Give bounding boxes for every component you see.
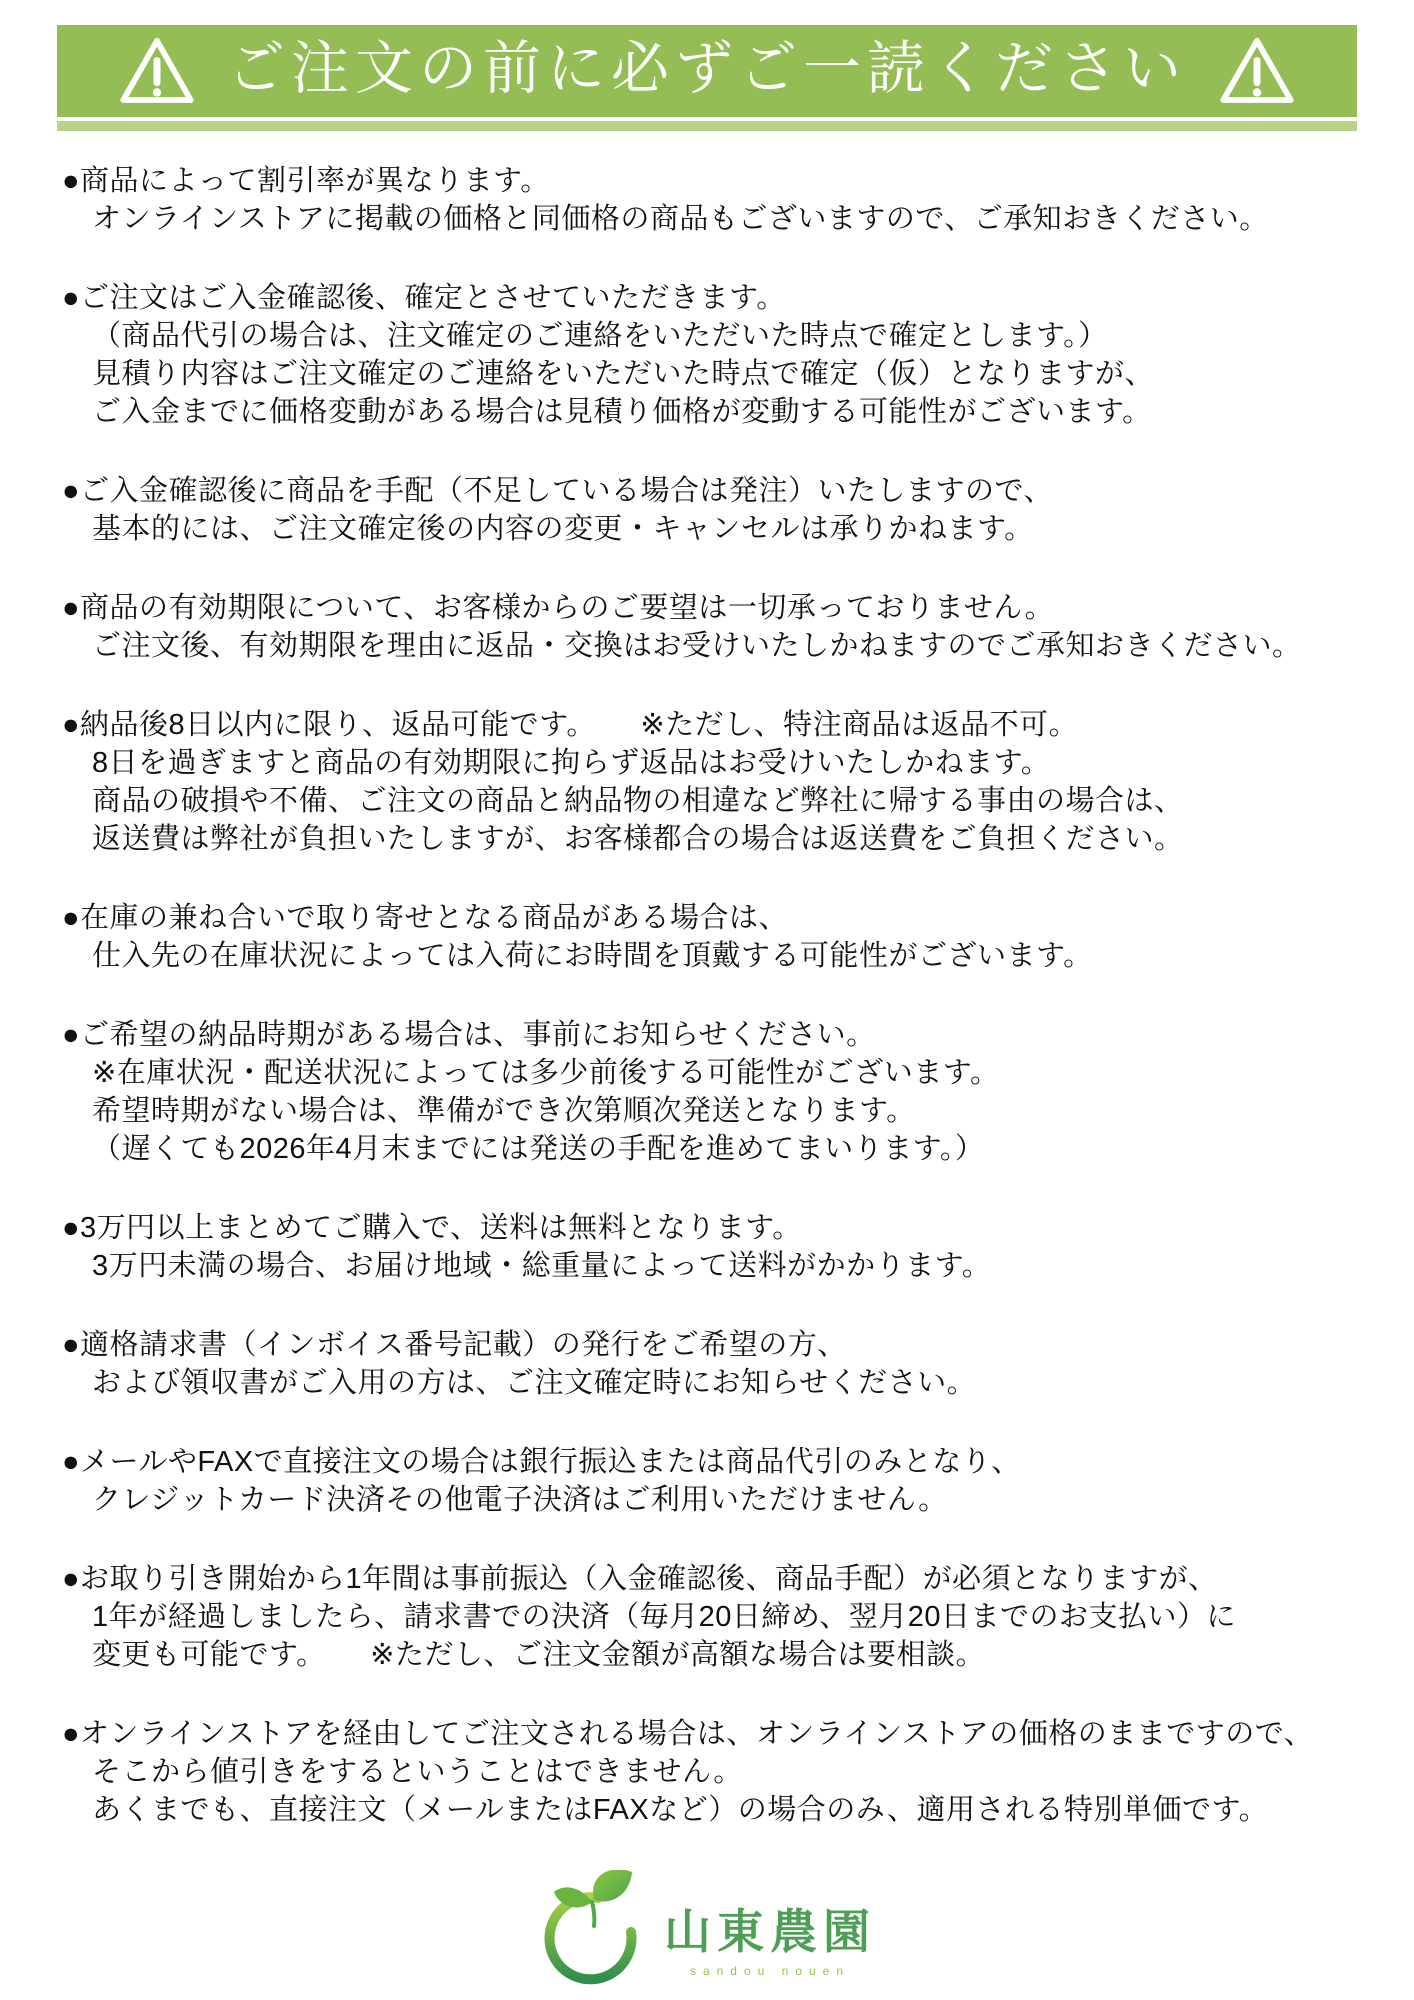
notes-list: ●商品によって割引率が異なります。オンラインストアに掲載の価格と同価格の商品もご… [62, 162, 1394, 1829]
logo-subtext: sandou nouen [690, 1964, 850, 1978]
page: ご注文の前に必ずご一読ください ●商品によって割引率が異なります。オンラインスト… [0, 25, 1414, 1988]
note-line: 見積り内容はご注文確定のご連絡をいただいた時点で確定（仮）となりますが、 [62, 355, 1394, 393]
note-line: 返送費は弊社が負担いたしますが、お客様都合の場合は返送費をご負担ください。 [62, 820, 1394, 858]
note-item: ●商品の有効期限について、お客様からのご要望は一切承っておりません。ご注文後、有… [62, 589, 1394, 665]
note-line: クレジットカード決済その他電子決済はご利用いただけません。 [62, 1481, 1394, 1519]
warning-triangle-icon-left [117, 35, 197, 107]
note-item: ●商品によって割引率が異なります。オンラインストアに掲載の価格と同価格の商品もご… [62, 162, 1394, 238]
note-line: そこから値引きをするということはできません。 [62, 1753, 1394, 1791]
sprout-logo-icon [538, 1870, 642, 1988]
note-line: ●納品後8日以内に限り、返品可能です。 ※ただし、特注商品は返品不可。 [62, 706, 1394, 744]
note-line: （商品代引の場合は、注文確定のご連絡をいただいた時点で確定とします。） [62, 317, 1394, 355]
note-line: 希望時期がない場合は、準備ができ次第順次発送となります。 [62, 1092, 1394, 1130]
note-line: 変更も可能です。 ※ただし、ご注文金額が高額な場合は要相談。 [62, 1636, 1394, 1674]
warning-banner: ご注文の前に必ずご一読ください [57, 25, 1357, 117]
note-item: ●オンラインストアを経由してご注文される場合は、オンラインストアの価格のままです… [62, 1715, 1394, 1829]
note-item: ●メールやFAXで直接注文の場合は銀行振込または商品代引のみとなり、クレジットカ… [62, 1443, 1394, 1519]
note-line: 商品の破損や不備、ご注文の商品と納品物の相違など弊社に帰する事由の場合は、 [62, 782, 1394, 820]
note-item: ●ご希望の納品時期がある場合は、事前にお知らせください。※在庫状況・配送状況によ… [62, 1016, 1394, 1168]
note-line: ●商品の有効期限について、お客様からのご要望は一切承っておりません。 [62, 589, 1394, 627]
note-item: ●お取り引き開始から1年間は事前振込（入金確認後、商品手配）が必須となりますが、… [62, 1560, 1394, 1674]
note-line: 3万円未満の場合、お届け地域・総重量によって送料がかかります。 [62, 1247, 1394, 1285]
note-line: 8日を過ぎますと商品の有効期限に拘らず返品はお受けいたしかねます。 [62, 744, 1394, 782]
note-item: ●納品後8日以内に限り、返品可能です。 ※ただし、特注商品は返品不可。8日を過ぎ… [62, 706, 1394, 858]
note-line: ●お取り引き開始から1年間は事前振込（入金確認後、商品手配）が必須となりますが、 [62, 1560, 1394, 1598]
note-item: ●適格請求書（インボイス番号記載）の発行をご希望の方、および領収書がご入用の方は… [62, 1326, 1394, 1402]
note-line: ご入金までに価格変動がある場合は見積り価格が変動する可能性がございます。 [62, 393, 1394, 431]
note-line: オンラインストアに掲載の価格と同価格の商品もございますので、ご承知おきください。 [62, 200, 1394, 238]
note-line: および領収書がご入用の方は、ご注文確定時にお知らせください。 [62, 1364, 1394, 1402]
note-line: ●ご希望の納品時期がある場合は、事前にお知らせください。 [62, 1016, 1394, 1054]
note-item: ●ご注文はご入金確認後、確定とさせていただきます。（商品代引の場合は、注文確定の… [62, 279, 1394, 431]
note-line: （遅くても2026年4月末までには発送の手配を進めてまいります。） [62, 1130, 1394, 1168]
note-line: あくまでも、直接注文（メールまたはFAXなど）の場合のみ、適用される特別単価です… [62, 1791, 1394, 1829]
footer: 山東農園 sandou nouen [0, 1870, 1414, 1988]
note-line: 1年が経過しましたら、請求書での決済（毎月20日締め、翌月20日までのお支払い）… [62, 1598, 1394, 1636]
note-line: ●メールやFAXで直接注文の場合は銀行振込または商品代引のみとなり、 [62, 1443, 1394, 1481]
note-item: ●3万円以上まとめてご購入で、送料は無料となります。3万円未満の場合、お届け地域… [62, 1209, 1394, 1285]
logo-text: 山東農園 [664, 1906, 876, 1958]
note-item: ●ご入金確認後に商品を手配（不足している場合は発注）いたしますので、基本的には、… [62, 472, 1394, 548]
note-line: ご注文後、有効期限を理由に返品・交換はお受けいたしかねますのでご承知おきください… [62, 627, 1394, 665]
note-line: ●ご注文はご入金確認後、確定とさせていただきます。 [62, 279, 1394, 317]
note-line: 仕入先の在庫状況によっては入荷にお時間を頂戴する可能性がございます。 [62, 937, 1394, 975]
note-line: ●商品によって割引率が異なります。 [62, 162, 1394, 200]
footer-logo: 山東農園 sandou nouen [538, 1870, 876, 1988]
warning-triangle-icon-right [1217, 35, 1297, 107]
note-line: ●ご入金確認後に商品を手配（不足している場合は発注）いたしますので、 [62, 472, 1394, 510]
note-line: ※在庫状況・配送状況によっては多少前後する可能性がございます。 [62, 1054, 1394, 1092]
note-line: ●オンラインストアを経由してご注文される場合は、オンラインストアの価格のままです… [62, 1715, 1394, 1753]
note-line: ●在庫の兼ね合いで取り寄せとなる商品がある場合は、 [62, 899, 1394, 937]
note-line: 基本的には、ご注文確定後の内容の変更・キャンセルは承りかねます。 [62, 510, 1394, 548]
note-line: ●適格請求書（インボイス番号記載）の発行をご希望の方、 [62, 1326, 1394, 1364]
note-line: ●3万円以上まとめてご購入で、送料は無料となります。 [62, 1209, 1394, 1247]
banner-title: ご注文の前に必ずご一読ください [227, 40, 1187, 102]
note-item: ●在庫の兼ね合いで取り寄せとなる商品がある場合は、仕入先の在庫状況によっては入荷… [62, 899, 1394, 975]
